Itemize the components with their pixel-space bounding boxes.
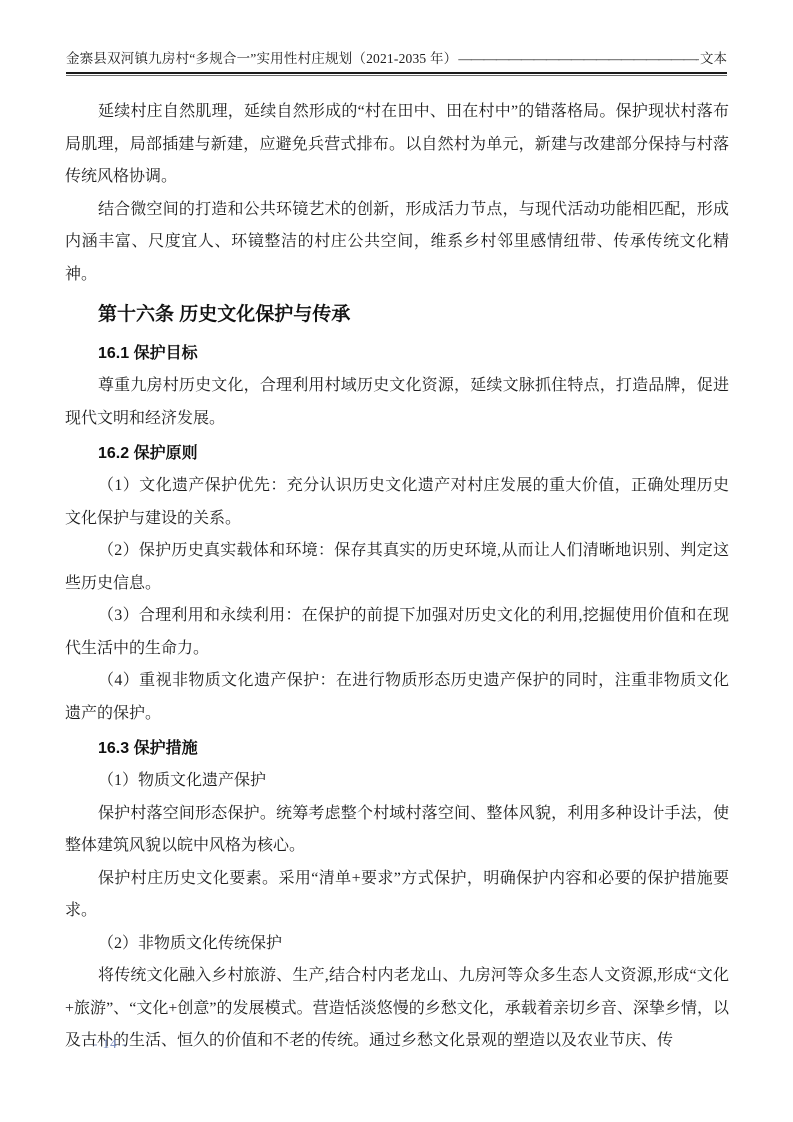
paragraph: （1）文化遗产保护优先：充分认识历史文化遗产对村庄发展的重大价值，正确处理历史文… xyxy=(65,470,729,535)
paragraph: 结合微空间的打造和公共环镜艺术的创新，形成活力节点，与现代活动功能相匹配，形成内… xyxy=(65,194,729,292)
header-title: 金寨县双河镇九房村“多规合一”实用性村庄规划（2021-2035 年） xyxy=(66,50,457,68)
paragraph: （4）重视非物质文化遗产保护：在进行物质形态历史遗产保护的同时，注重非物质文化遗… xyxy=(65,665,729,730)
paragraph: （2）非物质文化传统保护 xyxy=(65,928,729,961)
header-rule-thick xyxy=(66,72,727,74)
header-line: 金寨县双河镇九房村“多规合一”实用性村庄规划（2021-2035 年） ————… xyxy=(66,50,727,68)
paragraph: 保护村落空间形态保护。统筹考虑整个村域村落空间、整体风貌，利用多种设计手法，使整… xyxy=(65,798,729,863)
subsection-heading: 16.1 保护目标 xyxy=(65,337,729,370)
header-separator: ———————————————————————— xyxy=(458,50,699,68)
header-rule-thin xyxy=(66,75,727,76)
header-doc-type: 文本 xyxy=(700,50,727,68)
document-body: 延续村庄自然肌理，延续自然形成的“村在田中、田在村中”的错落格局。保护现状村落布… xyxy=(65,96,729,1058)
paragraph: 延续村庄自然肌理，延续自然形成的“村在田中、田在村中”的错落格局。保护现状村落布… xyxy=(65,96,729,194)
paragraph: （1）物质文化遗产保护 xyxy=(65,765,729,798)
paragraph: 尊重九房村历史文化，合理利用村域历史文化资源，延续文脉抓住特点，打造品牌，促进现… xyxy=(65,370,729,435)
page-header: 金寨县双河镇九房村“多规合一”实用性村庄规划（2021-2035 年） ————… xyxy=(66,50,727,76)
subsection-heading: 16.2 保护原则 xyxy=(65,437,729,470)
section-heading: 第十六条 历史文化保护与传承 xyxy=(65,298,729,332)
document-page: 金寨县双河镇九房村“多规合一”实用性村庄规划（2021-2035 年） ————… xyxy=(0,0,793,1122)
paragraph: （3）合理利用和永续利用：在保护的前提下加强对历史文化的利用,挖掘使用价值和在现… xyxy=(65,600,729,665)
subsection-heading: 16.3 保护措施 xyxy=(65,732,729,765)
paragraph: 保护村庄历史文化要素。采用“清单+要求”方式保护，明确保护内容和必要的保护措施要… xyxy=(65,863,729,928)
paragraph: （2）保护历史真实载体和环境：保存其真实的历史环境,从而让人们清晰地识别、判定这… xyxy=(65,535,729,600)
paragraph: 将传统文化融入乡村旅游、生产,结合村内老龙山、九房河等众多生态人文资源,形成“文… xyxy=(65,960,729,1058)
page-number: - 14 - xyxy=(93,1036,127,1052)
